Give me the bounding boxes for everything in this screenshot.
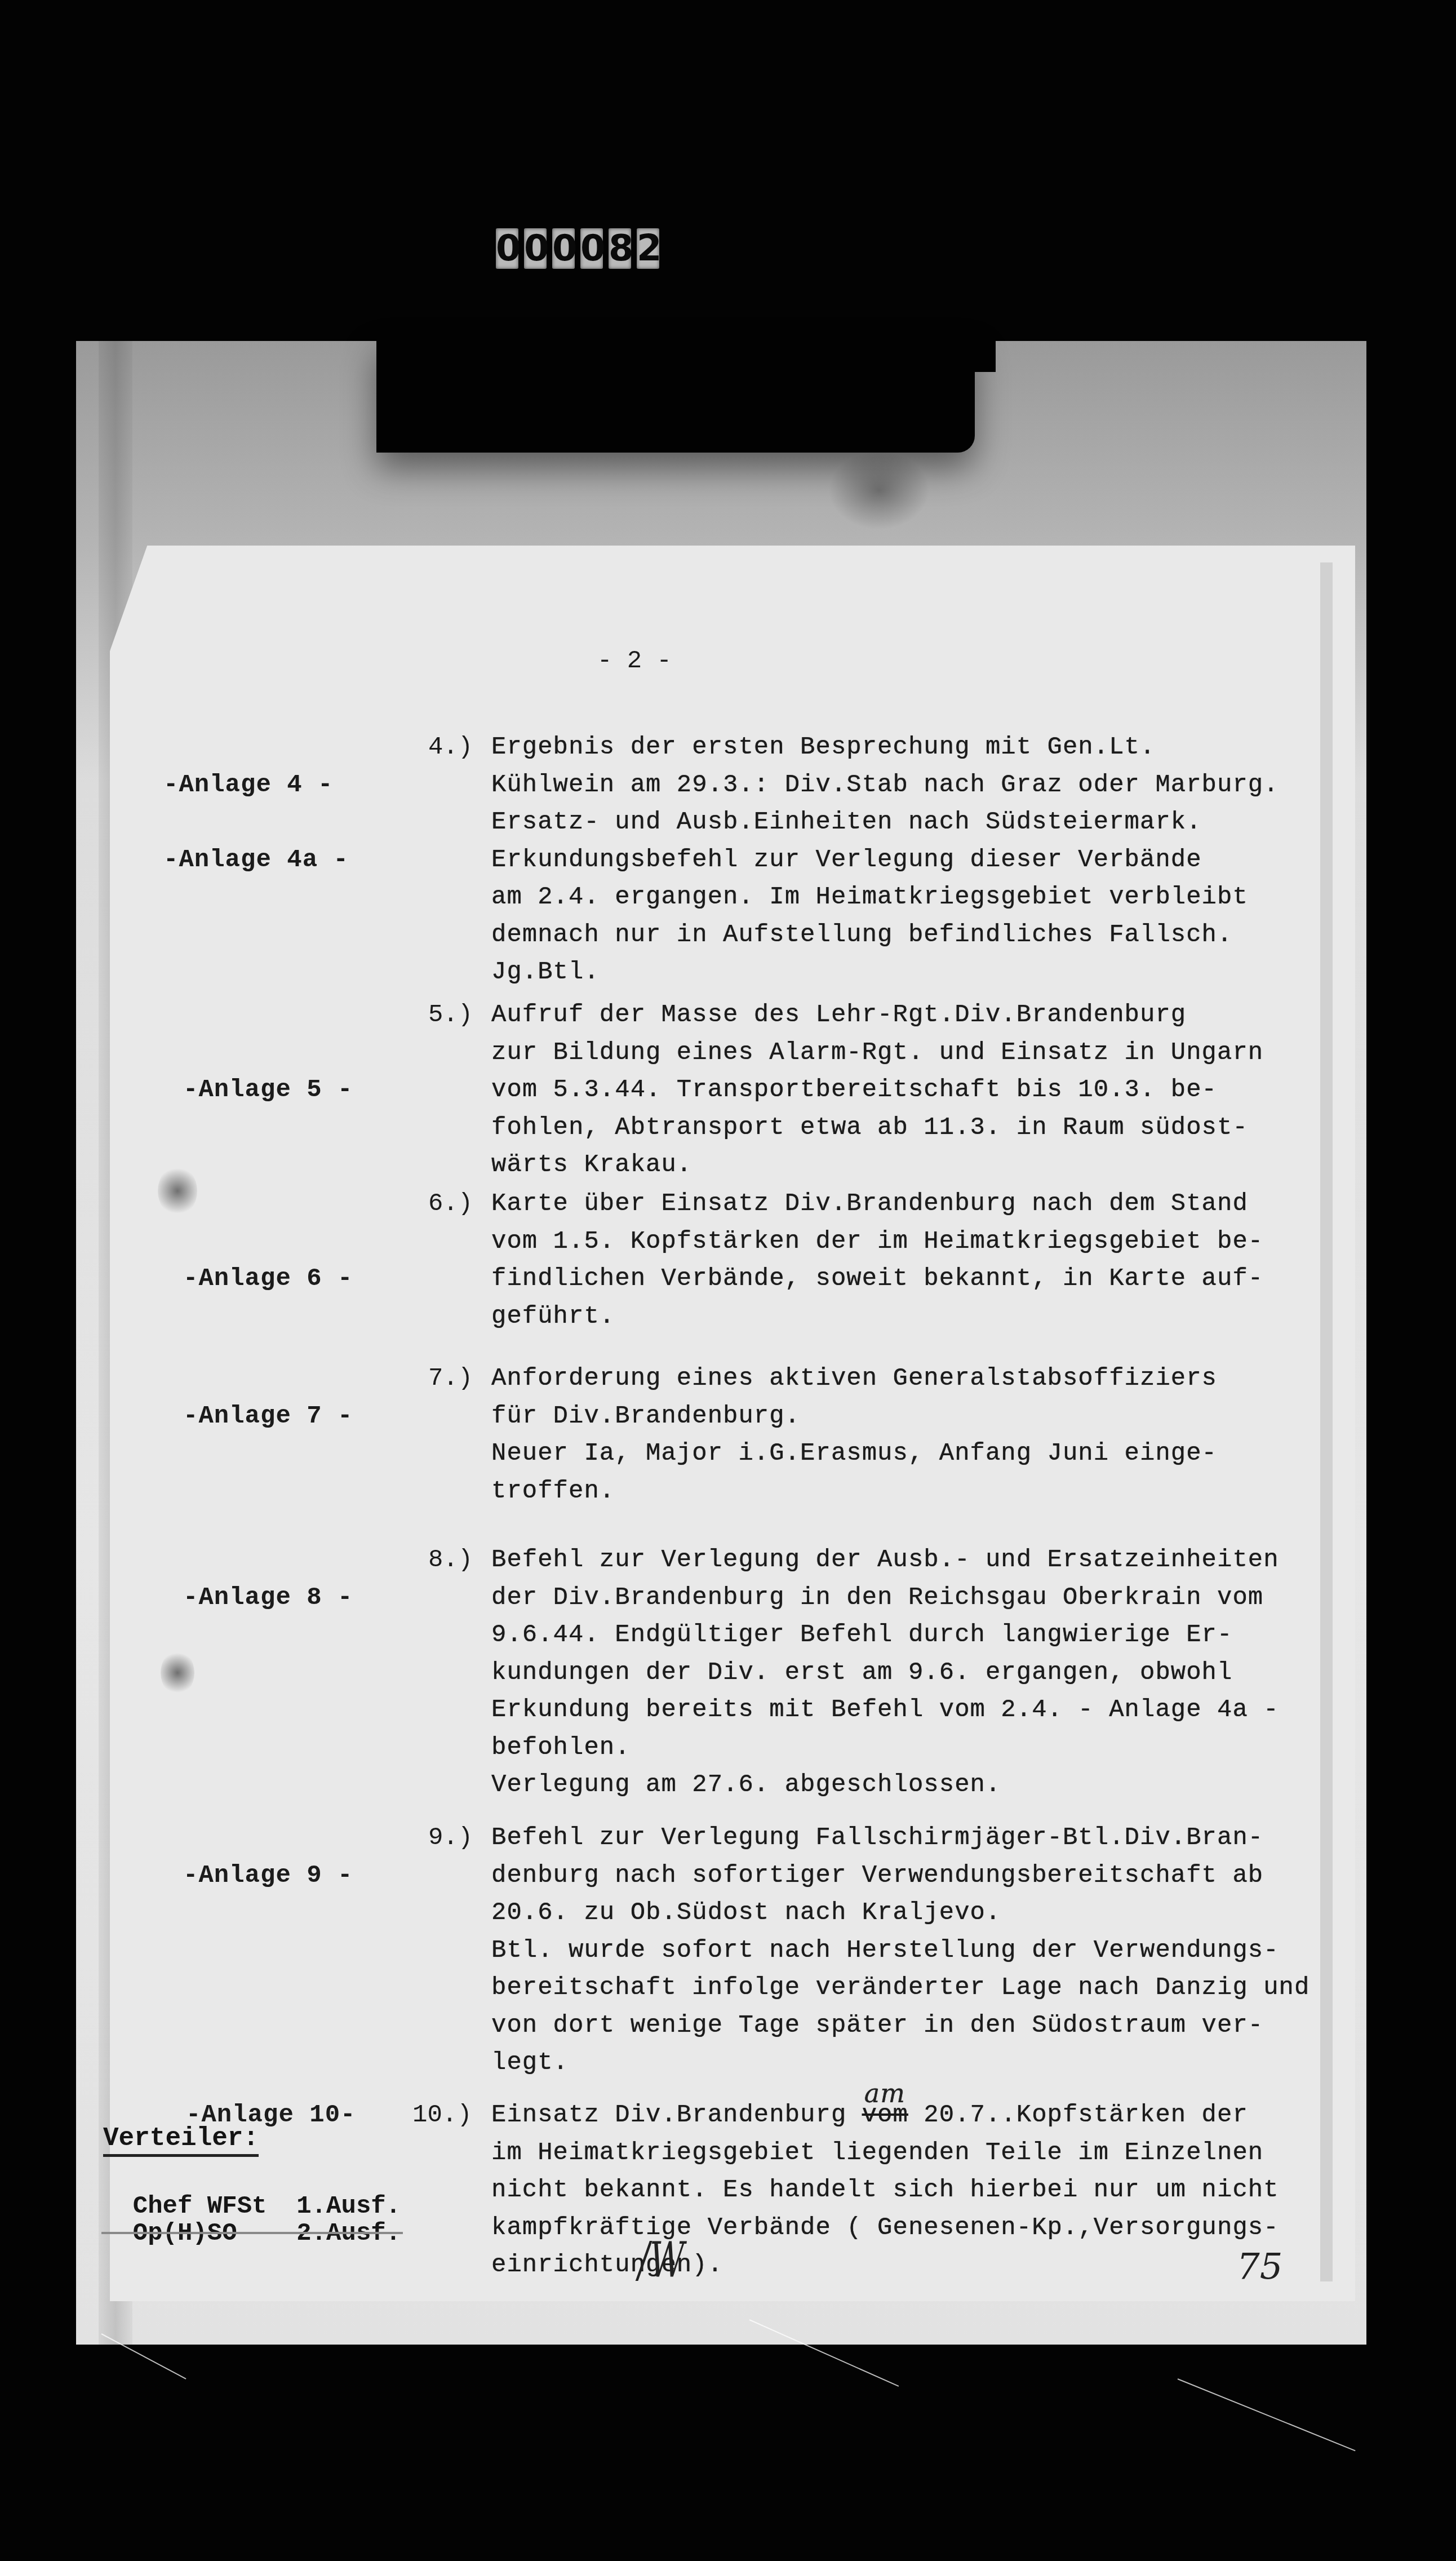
paragraph-number: 9.): [428, 1823, 473, 1853]
counter-digit: 0: [496, 228, 518, 269]
distribution-title: Verteiler:: [103, 2124, 259, 2157]
stain-mark: [158, 1166, 197, 1216]
paragraph-line: Befehl zur Verlegung Fallschirmjäger-Btl…: [491, 1823, 1263, 1853]
paragraph-line: findlichen Verbände, soweit bekannt, in …: [491, 1264, 1263, 1293]
annex-reference: -Anlage 8 -: [183, 1583, 353, 1612]
paragraph-line: vom 5.3.44. Transportbereitschaft bis 10…: [491, 1075, 1217, 1105]
paragraph-line: Jg.Btl.: [491, 958, 600, 987]
paragraph-line: fohlen, Abtransport etwa ab 11.3. in Rau…: [491, 1113, 1248, 1142]
distribution-row: Op(H)SO 2.Ausf.: [103, 2191, 401, 2248]
black-tape-tab: [973, 337, 996, 372]
paragraph-line: bereitschaft infolge veränderter Lage na…: [491, 1973, 1309, 2002]
annex-reference: -Anlage 4a -: [163, 845, 349, 875]
paragraph-number: 8.): [428, 1545, 473, 1575]
ink-smudge: [828, 451, 930, 530]
paragraph-line: für Div.Brandenburg.: [491, 1402, 800, 1431]
page-number-header: - 2 -: [597, 647, 672, 675]
paragraph-line: kundungen der Div. erst am 9.6. ergangen…: [491, 1658, 1232, 1687]
handwritten-initials: /W: [638, 2232, 685, 2288]
paragraph-line: kampfkräftige Verbände ( Genesenen-Kp.,V…: [491, 2213, 1279, 2243]
paragraph-line: vom 1.5. Kopfstärken der im Heimatkriegs…: [491, 1227, 1263, 1256]
annex-reference: -Anlage 9 -: [183, 1861, 353, 1890]
paragraph-line: Btl. wurde sofort nach Herstellung der V…: [491, 1936, 1279, 1965]
annex-reference: -Anlage 7 -: [183, 1402, 353, 1431]
paragraph-line: zur Bildung eines Alarm-Rgt. und Einsatz…: [491, 1038, 1263, 1067]
paragraph-line: Neuer Ia, Major i.G.Erasmus, Anfang Juni…: [491, 1439, 1217, 1468]
paragraph-line: Verlegung am 27.6. abgeschlossen.: [491, 1770, 1001, 1800]
paragraph-line: befohlen.: [491, 1733, 631, 1762]
paragraph-number: 4.): [428, 733, 473, 762]
paragraph-line: demnach nur in Aufstellung befindliches …: [491, 920, 1232, 950]
handwritten-folio-number: 75: [1237, 2246, 1282, 2288]
paragraph-line: im Heimatkriegsgebiet liegenden Teile im…: [491, 2138, 1263, 2168]
paragraph-line: troffen.: [491, 1477, 615, 1506]
paragraph-line: am 2.4. ergangen. Im Heimatkriegsgebiet …: [491, 883, 1248, 912]
paragraph-line: Erkundung bereits mit Befehl vom 2.4. - …: [491, 1695, 1279, 1725]
annex-reference: -Anlage 4 -: [163, 770, 333, 800]
paragraph-line: geführt.: [491, 1302, 615, 1331]
annex-reference: -Anlage 5 -: [183, 1075, 353, 1105]
counter-digit: 8: [609, 228, 631, 269]
black-tape-mask: [376, 337, 975, 453]
handwritten-correction: am: [864, 2079, 905, 2108]
paragraph-number: 6.): [428, 1189, 473, 1219]
counter-digit: 0: [524, 228, 547, 269]
paragraph-number: 7.): [428, 1364, 473, 1393]
paragraph-number: 5.): [428, 1000, 473, 1030]
paragraph-line: Kühlwein am 29.3.: Div.Stab nach Graz od…: [491, 770, 1279, 800]
paragraph-line: 20.6. zu Ob.Südost nach Kraljevo.: [491, 1898, 1001, 1928]
paragraph-line: Ergebnis der ersten Besprechung mit Gen.…: [491, 733, 1155, 762]
counter-digit: 0: [552, 228, 575, 269]
distribution-rule: [101, 2232, 403, 2234]
paragraph-line: wärts Krakau.: [491, 1150, 692, 1180]
paragraph-line: einrichtungen).: [491, 2250, 723, 2280]
annex-reference: -Anlage 6 -: [183, 1264, 353, 1293]
paragraph-line: Ersatz- und Ausb.Einheiten nach Südsteie…: [491, 808, 1202, 837]
counter-digit: 2: [637, 228, 659, 269]
paragraph-line: von dort wenige Tage später in den Südos…: [491, 2011, 1263, 2040]
frame-counter: 000082: [496, 228, 659, 269]
paragraph-line: nicht bekannt. Es handelt sich hierbei n…: [491, 2175, 1279, 2205]
paragraph-line: Befehl zur Verlegung der Ausb.- und Ersa…: [491, 1545, 1279, 1575]
paragraph-line: der Div.Brandenburg in den Reichsgau Obe…: [491, 1583, 1263, 1612]
paragraph-line: legt.: [491, 2048, 569, 2077]
paragraph-line: 9.6.44. Endgültiger Befehl durch langwie…: [491, 1620, 1232, 1650]
paragraph-line: Karte über Einsatz Div.Brandenburg nach …: [491, 1189, 1248, 1219]
paragraph-line: denburg nach sofortiger Verwendungsberei…: [491, 1861, 1263, 1890]
stain-mark: [161, 1650, 194, 1695]
paragraph-line: Aufruf der Masse des Lehr-Rgt.Div.Brande…: [491, 1000, 1186, 1030]
paragraph-line: Einsatz Div.Brandenburg vomam 20.7..Kopf…: [491, 2101, 1248, 2130]
paragraph-line: Anforderung eines aktiven Generalstabsof…: [491, 1364, 1217, 1393]
paragraph-number: 10.): [412, 2101, 472, 2130]
counter-digit: 0: [580, 228, 603, 269]
paragraph-line: Erkundungsbefehl zur Verlegung dieser Ve…: [491, 845, 1202, 875]
